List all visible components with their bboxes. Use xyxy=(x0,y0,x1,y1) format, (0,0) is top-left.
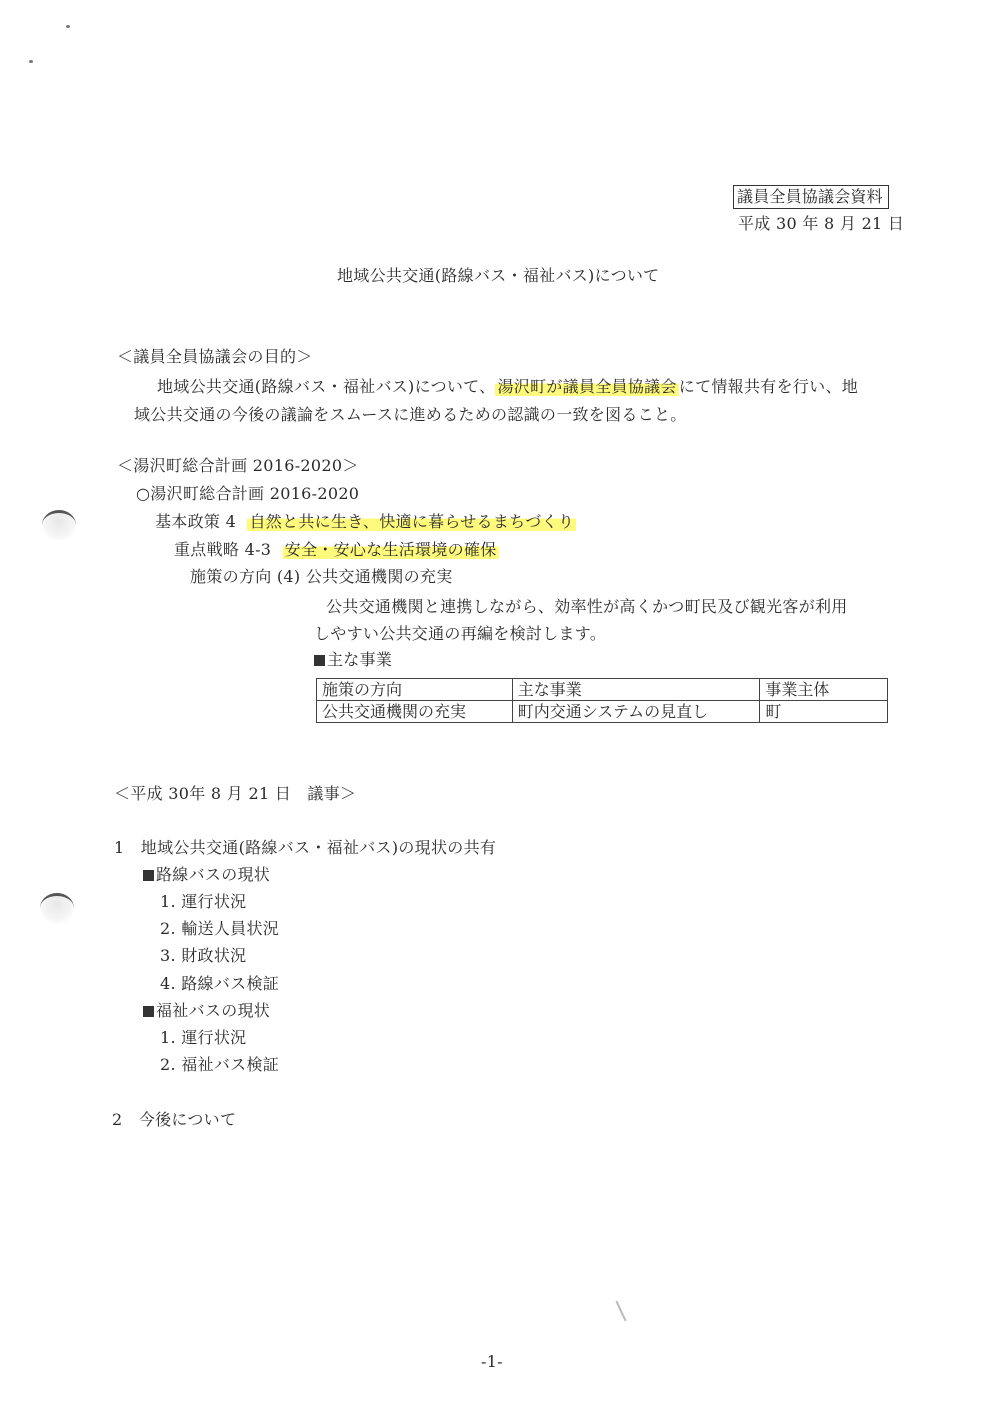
projects-heading-label: 主な事業 xyxy=(327,650,392,669)
agenda-item-2: 2 今後について xyxy=(112,1110,236,1130)
route-bus-heading-label: 路線バスの現状 xyxy=(156,865,270,884)
plan-subheading: ○湯沢町総合計画 2016-2020 xyxy=(136,484,359,504)
plan-heading: ＜湯沢町総合計画 2016-2020＞ xyxy=(117,456,359,476)
document-stamp: 議員全員協議会資料 xyxy=(733,185,889,209)
purpose-line-2: 域公共交通の今後の議論をスムースに進めるための認識の一致を図ること。 xyxy=(134,405,687,425)
list-item: 1. 運行状況 xyxy=(160,1028,246,1048)
policy-line: 基本政策 4 自然と共に生き、快適に暮らせるまちづくり xyxy=(155,512,576,532)
purpose-line-1: 地域公共交通(路線バス・福祉バス)について、湯沢町が議員全員協議会にて情報共有を… xyxy=(157,377,858,397)
description-line-2: しやすい公共交通の再編を検討します。 xyxy=(314,624,606,644)
page-number: -1- xyxy=(481,1352,503,1372)
purpose-heading: ＜議員全員協議会の目的＞ xyxy=(117,347,313,367)
table-header-row: 施策の方向 主な事業 事業主体 xyxy=(317,679,888,701)
policy-text: 自然と共に生き、快適に暮らせるまちづくり xyxy=(247,512,576,531)
table-row: 公共交通機関の充実 町内交通システムの見直し 町 xyxy=(317,701,888,723)
purpose-text: にて情報共有を行い、地 xyxy=(679,377,858,396)
table-header-cell: 主な事業 xyxy=(512,679,760,701)
scan-speck xyxy=(66,25,70,28)
welfare-bus-heading: 福祉バスの現状 xyxy=(143,1001,270,1021)
square-bullet-icon xyxy=(314,655,325,666)
list-item: 3. 財政状況 xyxy=(160,946,246,966)
scan-mark xyxy=(615,1301,626,1322)
route-bus-heading: 路線バスの現状 xyxy=(143,865,270,885)
purpose-text: 地域公共交通(路線バス・福祉バス)について、 xyxy=(157,377,495,396)
strategy-line: 重点戦略 4-3 安全・安心な生活環境の確保 xyxy=(174,540,499,560)
page-title: 地域公共交通(路線バス・福祉バス)について xyxy=(337,266,659,286)
table-header-cell: 事業主体 xyxy=(760,679,888,701)
policy-label: 基本政策 4 xyxy=(155,512,236,531)
punch-hole-bottom xyxy=(40,893,74,923)
document-date: 平成 30 年 8 月 21 日 xyxy=(738,214,904,234)
highlighted-text: 湯沢町が議員全員協議会 xyxy=(495,377,678,396)
strategy-text: 安全・安心な生活環境の確保 xyxy=(283,540,499,559)
list-item: 4. 路線バス検証 xyxy=(160,974,279,994)
list-item: 2. 福祉バス検証 xyxy=(160,1055,279,1075)
agenda-heading: ＜平成 30年 8 月 21 日 議事＞ xyxy=(114,784,356,804)
scan-speck xyxy=(29,60,33,63)
stamp-label: 議員全員協議会資料 xyxy=(737,187,883,207)
welfare-bus-heading-label: 福祉バスの現状 xyxy=(156,1001,270,1020)
table-header-cell: 施策の方向 xyxy=(317,679,513,701)
table-cell: 公共交通機関の充実 xyxy=(317,701,513,723)
description-line-1: 公共交通機関と連携しながら、効率性が高くかつ町民及び観光客が利用 xyxy=(326,597,848,617)
projects-table: 施策の方向 主な事業 事業主体 公共交通機関の充実 町内交通システムの見直し 町 xyxy=(316,678,888,723)
agenda-item-1: 1 地域公共交通(路線バス・福祉バス)の現状の共有 xyxy=(114,838,496,858)
direction-line: 施策の方向 (4) 公共交通機関の充実 xyxy=(190,567,453,587)
projects-heading: 主な事業 xyxy=(314,650,392,670)
punch-hole-top xyxy=(42,510,76,540)
table-cell: 町 xyxy=(760,701,888,723)
list-item: 1. 運行状況 xyxy=(160,892,246,912)
strategy-label: 重点戦略 4-3 xyxy=(174,540,271,559)
square-bullet-icon xyxy=(143,870,154,881)
list-item: 2. 輸送人員状況 xyxy=(160,919,279,939)
square-bullet-icon xyxy=(143,1006,154,1017)
table-cell: 町内交通システムの見直し xyxy=(512,701,760,723)
